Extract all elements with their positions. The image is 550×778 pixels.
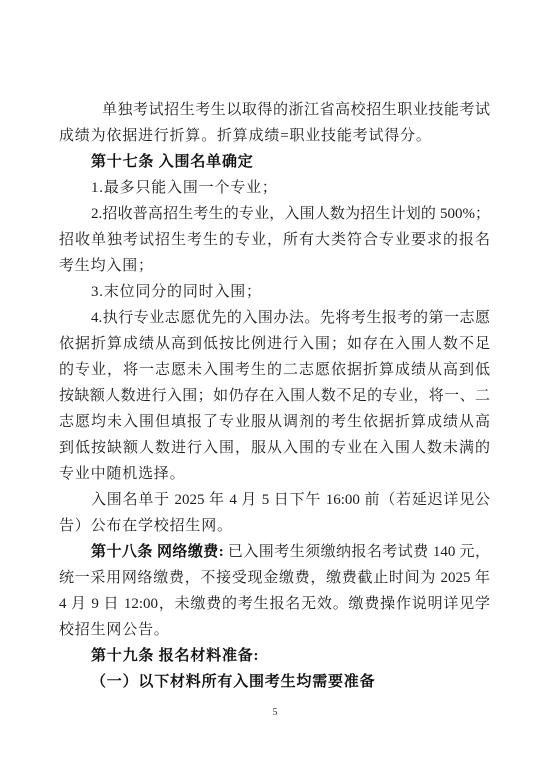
text-line: 单独考试招生考生以取得的浙江省高校招生职业技能考试 xyxy=(59,97,490,123)
text-line: 4.执行专业志愿优先的入围办法。先将考生报考的第一志愿 xyxy=(59,305,490,331)
text-line: 告）公布在学校招生网。 xyxy=(59,513,490,539)
text-line: 统一采用网络缴费，不接受现金缴费，缴费截止时间为 2025 年 xyxy=(59,565,490,591)
page-number: 5 xyxy=(0,706,550,720)
text-line: 3.末位同分的同时入围； xyxy=(59,279,490,305)
heading-article-19-materials: 第十九条 报名材料准备: xyxy=(59,643,490,669)
list-item-3: 3.末位同分的同时入围； xyxy=(59,279,490,305)
article-18-body-text: 已入围考生须缴纳报名考试费 140 元， xyxy=(228,544,490,560)
text-line: 入围名单于 2025 年 4 月 5 日下午 16:00 前（若延迟详见公 xyxy=(59,487,490,513)
list-item-4: 4.执行专业志愿优先的入围办法。先将考生报考的第一志愿 依据折算成绩从高到低按比… xyxy=(59,305,490,487)
heading-article-19-sub-item-1: （一）以下材料所有入围考生均需要准备 xyxy=(59,669,490,695)
text-line: 4 月 9 日 12:00，未缴费的考生报名无效。缴费操作说明详见学 xyxy=(59,591,490,617)
text-line: 到低按缺额人数进行入围，服从入围的专业在入围人数未满的 xyxy=(59,435,490,461)
text-line: 2.招收普高招生考生的专业，入围人数为招生计划的 500%； xyxy=(59,201,490,227)
paragraph-shortlist-announcement: 入围名单于 2025 年 4 月 5 日下午 16:00 前（若延迟详见公 告）… xyxy=(59,487,490,539)
text-line: 招收单独考试招生考生的专业，所有大类符合专业要求的报名 xyxy=(59,227,490,253)
text-line: 1.最多只能入围一个专业； xyxy=(59,175,490,201)
article-18-heading-label: 第十八条 网络缴费: xyxy=(91,544,228,560)
list-item-2: 2.招收普高招生考生的专业，入围人数为招生计划的 500%； 招收单独考试招生考… xyxy=(59,201,490,279)
text-line: 考生均入围； xyxy=(59,253,490,279)
heading-article-17-shortlist: 第十七条 入围名单确定 xyxy=(59,149,490,175)
text-line: 按缺额人数进行入围；如仍存在入围人数不足的专业，将一、二 xyxy=(59,383,490,409)
text-line: 第十八条 网络缴费: 已入围考生须缴纳报名考试费 140 元， xyxy=(59,539,490,565)
text-line: 第十七条 入围名单确定 xyxy=(59,149,490,175)
text-line: 第十九条 报名材料准备: xyxy=(59,643,490,669)
text-line: （一）以下材料所有入围考生均需要准备 xyxy=(59,669,490,695)
document-body: 单独考试招生考生以取得的浙江省高校招生职业技能考试 成绩为依据进行折算。折算成绩… xyxy=(59,97,490,695)
document-page: 单独考试招生考生以取得的浙江省高校招生职业技能考试 成绩为依据进行折算。折算成绩… xyxy=(0,0,550,778)
text-line: 专业中随机选择。 xyxy=(59,461,490,487)
paragraph-article-18-payment: 第十八条 网络缴费: 已入围考生须缴纳报名考试费 140 元， 统一采用网络缴费… xyxy=(59,539,490,643)
text-line: 的专业，将一志愿未入围考生的二志愿依据折算成绩从高到低 xyxy=(59,357,490,383)
list-item-1: 1.最多只能入围一个专业； xyxy=(59,175,490,201)
text-line: 依据折算成绩从高到低按比例进行入围；如存在入围人数不足 xyxy=(59,331,490,357)
text-line: 成绩为依据进行折算。折算成绩=职业技能考试得分。 xyxy=(59,123,490,149)
paragraph-score-conversion-rule: 单独考试招生考生以取得的浙江省高校招生职业技能考试 成绩为依据进行折算。折算成绩… xyxy=(59,97,490,149)
text-line: 校招生网公告。 xyxy=(59,617,490,643)
text-line: 志愿均未入围但填报了专业服从调剂的考生依据折算成绩从高 xyxy=(59,409,490,435)
